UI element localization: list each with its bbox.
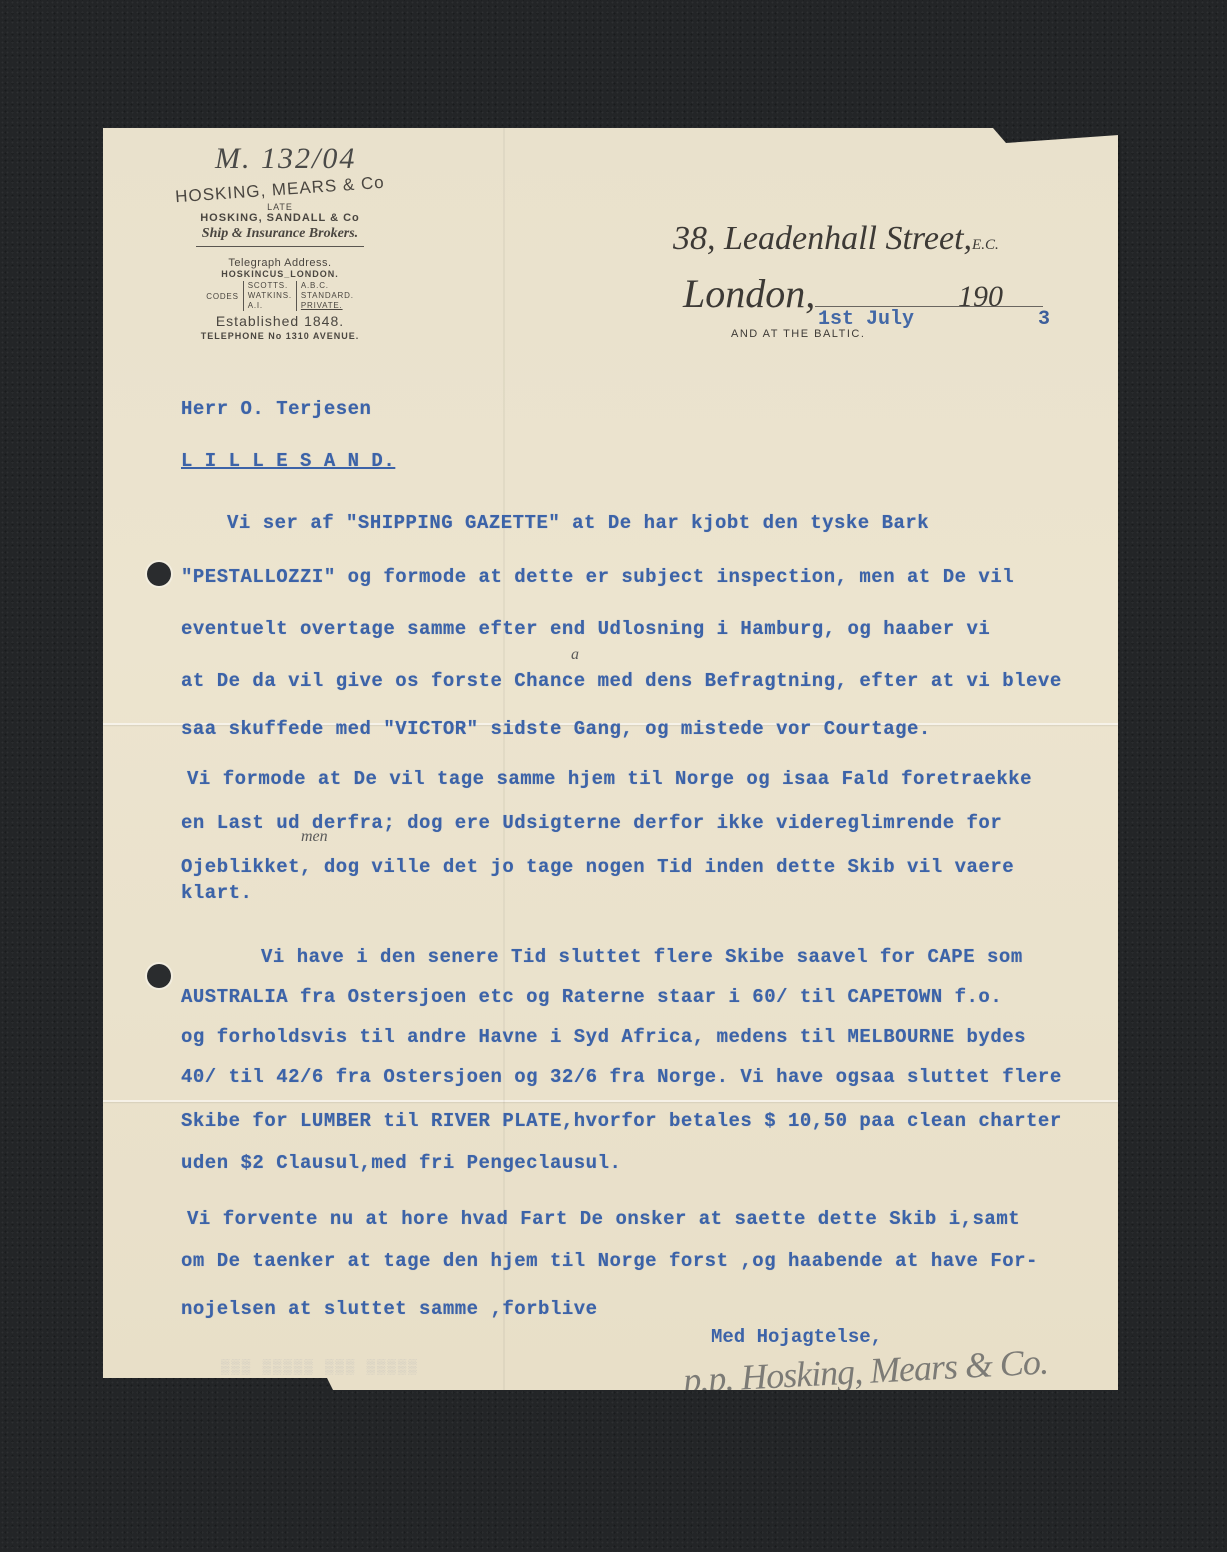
date-rule <box>815 306 1043 307</box>
letter-line: klart. <box>181 882 1111 904</box>
recipient-name: Herr O. Terjesen <box>181 398 1111 420</box>
letter-line: Vi have i den senere Tid sluttet flere S… <box>261 946 1191 968</box>
fold-crease <box>503 128 505 1390</box>
letter-line: "PESTALLOZZI" og formode at dette er sub… <box>181 566 1111 588</box>
former-firm: HOSKING, SANDALL & Co <box>165 212 395 224</box>
street-address: 38, Leadenhall Street,E.C. <box>673 220 999 258</box>
letter-line: Ojeblikket, dog ville det jo tage nogen … <box>181 856 1111 878</box>
trade-line: Ship & Insurance Brokers. <box>196 226 364 247</box>
archive-reference: M. 132/04 <box>215 142 356 176</box>
closing: Med Hojagtelse, <box>711 1326 882 1348</box>
fold-crease <box>103 1100 1118 1102</box>
letter-line: Skibe for LUMBER til RIVER PLATE,hvorfor… <box>181 1110 1111 1132</box>
punch-hole <box>147 562 171 586</box>
letterhead: HOSKING, MEARS & Co LATE HOSKING, SANDAL… <box>165 180 395 341</box>
city: London, <box>683 270 815 317</box>
letter-line: og forholdsvis til andre Havne i Syd Afr… <box>181 1026 1111 1048</box>
letter-line: nojelsen at sluttet samme ,forblive <box>181 1298 1111 1320</box>
street: 38, Leadenhall Street, <box>673 220 972 257</box>
letter-line: Vi formode at De vil tage samme hjem til… <box>187 768 1117 790</box>
letter-line: saa skuffede med "VICTOR" sidste Gang, o… <box>181 718 1111 740</box>
punch-hole <box>147 964 171 988</box>
established: Established 1848. <box>165 313 395 329</box>
letter-line: AUSTRALIA fra Ostersjoen etc og Raterne … <box>181 986 1111 1008</box>
telegraph-address: HOSKINCUS_LONDON. <box>165 269 395 279</box>
code-item: WATKINS. <box>248 291 292 301</box>
letter-sheet: M. 132/04 HOSKING, MEARS & Co LATE HOSKI… <box>103 128 1118 1390</box>
letter-line: eventuelt overtage samme efter end Udlos… <box>181 618 1111 640</box>
recipient-place: L I L L E S A N D. <box>181 450 395 472</box>
letter-line: 40/ til 42/6 fra Ostersjoen og 32/6 fra … <box>181 1066 1111 1088</box>
code-item: A.B.C. <box>301 281 354 291</box>
codes-label: CODES <box>206 292 238 301</box>
letter-line: Vi ser af "SHIPPING GAZETTE" at De har k… <box>227 512 1157 534</box>
telegraph-label: Telegraph Address. <box>165 257 395 269</box>
code-item: A.I. <box>248 301 292 311</box>
codes-col-2: A.B.C. STANDARD. PRIVATE. <box>296 281 354 311</box>
code-item: SCOTTS. <box>248 281 292 291</box>
letter-line: om De taenker at tage den hjem til Norge… <box>181 1250 1111 1272</box>
faded-stamp: ▒▒▒ ▒▒▒▒▒ ▒▒▒ ▒▒▒▒▒ <box>221 1360 419 1376</box>
letter-line: uden $2 Clausul,med fri Pengeclausul. <box>181 1152 1111 1174</box>
handwritten-insert-men: men <box>301 828 328 846</box>
handwritten-insert-a: a <box>571 646 579 664</box>
district: E.C. <box>972 237 999 253</box>
year-prefix: 190 <box>958 280 1003 314</box>
letter-line: Vi forvente nu at hore hvad Fart De onsk… <box>187 1208 1117 1230</box>
letter-line: at De da vil give os forste Chance med d… <box>181 670 1111 692</box>
year-digit: 3 <box>1038 308 1050 331</box>
codes-block: CODES SCOTTS. WATKINS. A.I. A.B.C. STAND… <box>165 281 395 311</box>
code-item: STANDARD. <box>301 291 354 301</box>
also-at-baltic: AND AT THE BALTIC. <box>731 328 865 340</box>
codes-col-1: SCOTTS. WATKINS. A.I. <box>243 281 292 311</box>
signature: p.p. Hosking, Mears & Co. <box>682 1340 1049 1401</box>
code-item: PRIVATE. <box>301 301 354 311</box>
telephone: TELEPHONE No 1310 AVENUE. <box>165 331 395 341</box>
